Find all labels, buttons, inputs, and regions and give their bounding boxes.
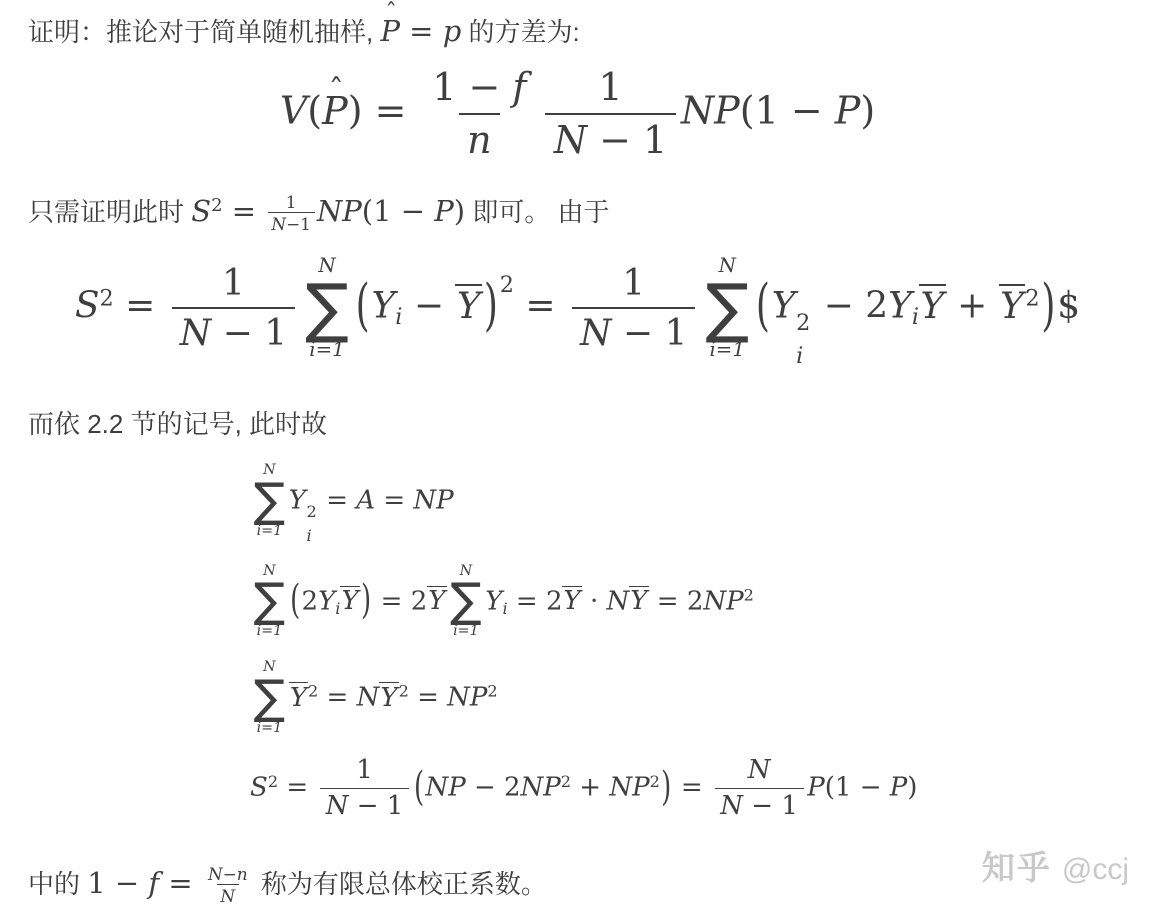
equation-sum-ybar-squared: N∑i=1Y2 = NY2 = NP2 — [250, 659, 917, 738]
p4-prefix-text: 中的 — [28, 869, 87, 899]
equation-block: N∑i=1Y2i = A = NP N∑i=1(2YiY) = 2YN∑i=1Y… — [250, 462, 917, 822]
document-page: 证明：推论对于简单随机抽样, ˆP = p 的方差为: V(ˆP) = 1 − … — [0, 0, 1155, 914]
paragraph-notation-reference: 而依 2.2 节的记号, 此时故 — [28, 406, 327, 444]
zhihu-logo-text: 知乎 — [982, 849, 1052, 886]
inline-math-p-hat-equals-p: ˆP = p — [380, 14, 461, 48]
display-equation-s-squared-expansion: S2 = 1N − 1N∑i=1(Yi − Y)2 = 1N − 1N∑i=1(… — [0, 254, 1155, 368]
paragraph-fpc-conclusion: 中的 1 − f = N−nN 称为有限总体校正系数。 — [28, 862, 547, 906]
p4-suffix-text: 称为有限总体校正系数。 — [254, 869, 547, 899]
p3-text: 而依 2.2 节的记号, 此时故 — [28, 409, 327, 439]
equation-s-squared-result: S2 = 1N − 1(NP − 2NP2 + NP2) = NN − 1P(1… — [250, 756, 917, 821]
equation-sum-yi-squared: N∑i=1Y2i = A = NP — [250, 462, 917, 545]
paragraph-proof-intro: 证明：推论对于简单随机抽样, ˆP = p 的方差为: — [28, 10, 580, 52]
inline-math-fpc: 1 − f = N−nN — [87, 866, 253, 900]
equation-sum-2yiybar: N∑i=1(2YiY) = 2YN∑i=1Yi = 2Y · NY = 2NP2 — [250, 563, 917, 642]
display-equation-variance: V(ˆP) = 1 − fn1N − 1NP(1 − P) — [0, 66, 1155, 162]
p2-prefix-text: 只需证明此时 — [28, 197, 191, 227]
p2-suffix-text: 即可。 由于 — [465, 197, 609, 227]
paragraph-need-to-prove: 只需证明此时 S2 = 1N−1NP(1 − P) 即可。 由于 — [28, 190, 610, 234]
p1-suffix-text: 的方差为: — [461, 17, 579, 47]
watermark: 知乎@ccj — [982, 842, 1129, 889]
inline-math-s-squared: S2 = 1N−1NP(1 − P) — [191, 194, 465, 228]
watermark-author: @ccj — [1062, 853, 1129, 886]
p1-prefix-text: 证明：推论对于简单随机抽样, — [28, 17, 380, 47]
